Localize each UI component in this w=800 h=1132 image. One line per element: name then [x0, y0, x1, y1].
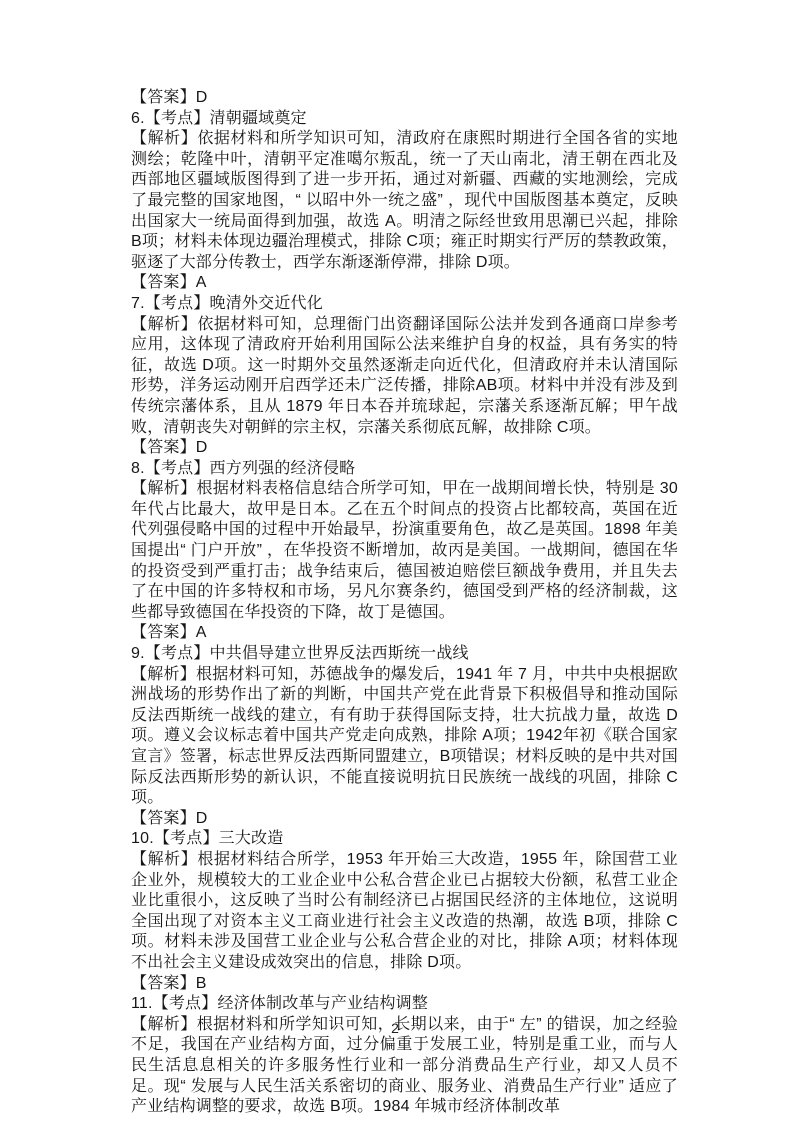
- question-point-line: 6.【考点】清朝疆域奠定: [131, 109, 678, 130]
- document-content: 【答案】D6.【考点】清朝疆域奠定【解析】依据材料和所学知识可知，清政府在康熙时…: [131, 88, 678, 1118]
- question-point-line: 7.【考点】晚清外交近代化: [131, 294, 678, 315]
- answer-line: 【答案】A: [131, 273, 678, 294]
- question-point-line: 10.【考点】三大改造: [131, 829, 678, 850]
- analysis-paragraph: 【解析】根据材料表格信息结合所学可知，甲在一战期间增长快，特别是 30 年代占比…: [131, 479, 678, 623]
- question-point-line: 9.【考点】中共倡导建立世界反法西斯统一战线: [131, 644, 678, 665]
- analysis-paragraph: 【解析】依据材料和所学知识可知，清政府在康熙时期进行全国各省的实地测绘；乾隆中叶…: [131, 129, 678, 273]
- document-page: 【答案】D6.【考点】清朝疆域奠定【解析】依据材料和所学知识可知，清政府在康熙时…: [0, 0, 800, 1132]
- analysis-paragraph: 【解析】根据材料结合所学，1953 年开始三大改造，1955 年，除国营工业企业…: [131, 850, 678, 974]
- answer-line: 【答案】D: [131, 438, 678, 459]
- answer-line: 【答案】D: [131, 809, 678, 830]
- question-point-line: 11.【考点】经济体制改革与产业结构调整: [131, 994, 678, 1015]
- question-point-line: 8.【考点】西方列强的经济侵略: [131, 459, 678, 480]
- page-number: 2: [0, 1020, 790, 1036]
- analysis-paragraph: 【解析】依据材料可知，总理衙门出资翻译国际公法并发到各通商口岸参考应用，这体现了…: [131, 315, 678, 439]
- answer-line: 【答案】B: [131, 974, 678, 995]
- answer-line: 【答案】D: [131, 88, 678, 109]
- answer-line: 【答案】A: [131, 623, 678, 644]
- analysis-paragraph: 【解析】根据材料可知，苏德战争的爆发后，1941 年 7 月，中共中央根据欧洲战…: [131, 665, 678, 809]
